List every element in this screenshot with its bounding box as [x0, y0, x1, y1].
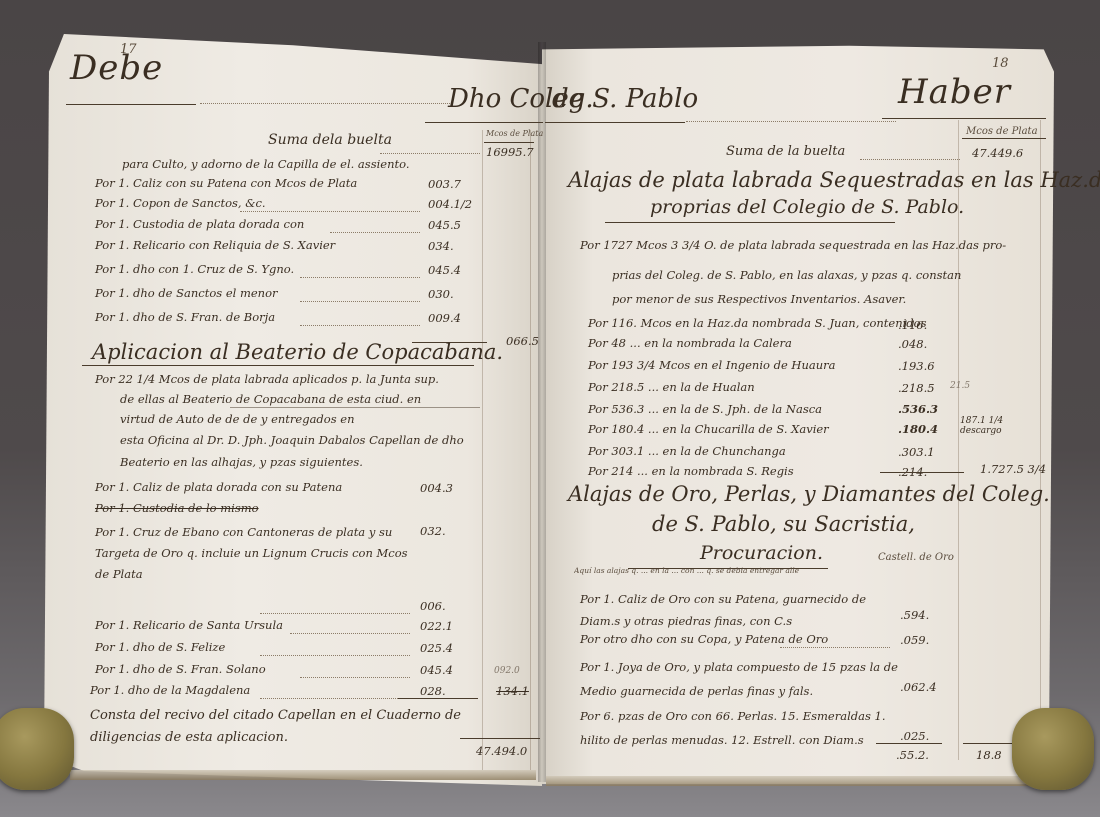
entry-amount: .536.3 [898, 402, 938, 416]
section-subtotal: .55.2. [896, 748, 929, 762]
dotted-leader [300, 276, 420, 278]
entry-text: Por otro dho con su Copa, y Patena de Or… [580, 632, 828, 646]
left-page-edge [70, 770, 536, 780]
subtotal-rule [880, 472, 964, 473]
entry-amount: 028. [420, 684, 446, 698]
entry-text: Por 6. pzas de Oro con 66. Perlas. 15. E… [580, 704, 898, 752]
column-header-rule [484, 142, 534, 143]
entry-amount: .180.4 [898, 422, 938, 436]
intro-note: Aquí las alajas q. ... en la ... con ...… [574, 566, 799, 575]
ledger-spread: 17 Debe Dho Coleg. Mcos de Plata Suma de… [0, 0, 1100, 817]
dotted-leader [260, 697, 410, 699]
entry-amount: .193.6 [898, 359, 935, 373]
section-title: Alajas de Oro, Perlas, y Diamantes del C… [568, 482, 1050, 506]
section-title-underline [605, 222, 895, 223]
carried-total-value: 16995.7 [486, 145, 534, 159]
dotted-leader [380, 152, 480, 154]
entry-amount: 034. [428, 239, 454, 253]
entry-amount: .303.1 [898, 445, 935, 459]
intro-line: Por 22 1/4 Mcos de plata labrada aplicad… [95, 372, 439, 386]
section-title: proprias del Colegio de S. Pablo. [650, 196, 964, 218]
entry-amount: 025.4 [420, 641, 453, 655]
entry-amount: .218.5 [898, 381, 935, 395]
amount-column-rule [1040, 120, 1041, 760]
subtotal-rule [963, 743, 1013, 744]
entry-text: Por 536.3 ... en la de S. Jph. de la Nas… [588, 402, 822, 416]
debe-heading: Debe [70, 48, 163, 88]
entry-amount: 045.5 [428, 218, 461, 232]
side-note: 21.5 [950, 381, 970, 391]
entry-text: Por 1. Caliz de plata dorada con su Pate… [95, 480, 342, 494]
heading-dotted-line [686, 120, 896, 122]
section-title: de S. Pablo, su Sacristia, [652, 512, 915, 536]
subtotal-rule [876, 743, 942, 744]
column-header: Castell. de Oro [878, 552, 954, 563]
heading-underline [66, 104, 196, 105]
entry-amount: 022.1 [420, 619, 453, 633]
section-title: Aplicacion al Beaterio de Copacabana. [92, 340, 503, 364]
column-header-rule [962, 138, 1046, 139]
entry-amount: 032. [420, 524, 446, 538]
entry-text: Por 1. Relicario de Santa Ursula [95, 618, 283, 632]
column-header: Mcos de Plata [486, 129, 543, 138]
heading-underline [882, 118, 1046, 119]
entry-amount: 045.4 [420, 663, 453, 677]
entry-amount: 009.4 [428, 311, 461, 325]
entry-text: Por 1. Joya de Oro, y plata compuesto de… [580, 655, 898, 703]
dotted-leader [300, 324, 420, 326]
column-header: Mcos de Plata [966, 126, 1038, 137]
entry-amount: .048. [898, 337, 927, 351]
page-total-rule [460, 738, 540, 739]
entry-text: Por 1. Caliz de Oro con su Patena, guarn… [580, 588, 898, 632]
heading-dotted-line [200, 102, 450, 104]
amount-column-rule [530, 130, 531, 770]
side-total: 18.8 [976, 748, 1002, 762]
carried-total-label: Suma dela buelta [268, 132, 392, 148]
running-title-right: de S. Pablo [552, 84, 698, 114]
entry-text: Por 180.4 ... en la Chucarilla de S. Xav… [588, 422, 829, 436]
entry-amount: 003.7 [428, 177, 461, 191]
dotted-leader [240, 210, 420, 212]
dotted-leader [290, 632, 410, 634]
haber-heading: Haber [898, 72, 1011, 112]
entry-text: Por 1. Custodia de plata dorada con [95, 217, 304, 231]
entry-text-struck: Por 1. Custodia de lo mismo [95, 501, 259, 515]
amount-column-rule [482, 130, 483, 770]
entry-text: Por 1. dho con 1. Cruz de S. Ygno. [95, 262, 294, 276]
intro-line: por menor de sus Respectivos Inventarios… [612, 292, 906, 306]
page-total: 47.494.0 [476, 744, 527, 758]
intro-line: Beaterio en las alhajas, y pzas siguient… [120, 455, 363, 469]
intro-line: virtud de Auto de de de y entregados en [120, 412, 354, 426]
dotted-leader [260, 654, 410, 656]
entry-amount: 045.4 [428, 263, 461, 277]
page-number: 18 [992, 56, 1009, 71]
entry-text: Por 218.5 ... en la de Hualan [588, 380, 755, 394]
intro-line: de ellas al Beaterio de Copacabana de es… [120, 392, 421, 406]
closing-note: Consta del recivo del citado Capellan en… [90, 708, 461, 723]
section-title: Procuracion. [700, 542, 823, 564]
dotted-leader [780, 646, 890, 648]
brass-page-weight [1012, 708, 1094, 790]
entry-text: Por 1. Cruz de Ebano con Cantoneras de p… [95, 522, 425, 585]
entry-text: Por 1. Relicario con Reliquia de S. Xavi… [95, 238, 335, 252]
carried-total-label: Suma de la buelta [726, 144, 845, 159]
brass-page-weight [0, 708, 74, 790]
section-subtotal: 1.727.5 3/4 [980, 462, 1046, 476]
entry-text: Por 1. dho de S. Fran. de Borja [95, 310, 275, 324]
entry-amount: .062.4 [900, 680, 937, 694]
intro-line: esta Oficina al Dr. D. Jph. Joaquin Daba… [120, 433, 464, 447]
title-underline [545, 122, 685, 123]
section-title-underline [82, 365, 474, 366]
dotted-leader [330, 231, 420, 233]
intro-line: Por 1727 Mcos 3 3/4 O. de plata labrada … [580, 238, 1006, 252]
entry-amount: .059. [900, 633, 929, 647]
book-gutter [538, 42, 546, 782]
entry-amount: 030. [428, 287, 454, 301]
closing-note: diligencias de esta aplicacion. [90, 730, 288, 745]
side-note: 092.0 [494, 666, 520, 676]
section-subtotal: 134.1 [496, 684, 529, 698]
subtotal-rule [398, 698, 478, 699]
entry-text: Por 1. Copon de Sanctos, &c. [95, 196, 266, 210]
entry-text: Por 1. dho de S. Fran. Solano [95, 662, 266, 676]
title-underline [425, 122, 543, 123]
dotted-leader [300, 300, 420, 302]
entry-text: Por 214 ... en la nombrada S. Regis [588, 464, 794, 478]
entry-text: Por 116. Mcos en la Haz.da nombrada S. J… [588, 316, 927, 330]
dotted-leader [260, 612, 410, 614]
carried-total-value: 47.449.6 [972, 146, 1023, 160]
section-title: para Culto, y adorno de la Capilla de el… [122, 157, 409, 171]
side-note: 187.1 1/4 descargo [960, 416, 1040, 436]
section-title: Alajas de plata labrada Sequestradas en … [568, 168, 1100, 192]
entry-text: Por 193 3/4 Mcos en el Ingenio de Huaura [588, 358, 835, 372]
entry-amount: 004.1/2 [428, 197, 472, 211]
dotted-leader [300, 676, 410, 678]
entry-text: Por 48 ... en la nombrada la Calera [588, 336, 792, 350]
entry-amount: 004.3 [420, 481, 453, 495]
section-subtotal: 066.5 [506, 334, 539, 348]
entry-amount: 006. [420, 599, 446, 613]
entry-text: Por 1. dho de Sanctos el menor [95, 286, 278, 300]
entry-text: Por 1. Caliz con su Patena con Mcos de P… [95, 176, 357, 190]
entry-text: Por 1. dho de S. Felize [95, 640, 225, 654]
right-page-edge [546, 776, 1046, 786]
entry-text: Por 303.1 ... en la de Chunchanga [588, 444, 786, 458]
entry-amount: .116. [898, 318, 927, 332]
entry-amount: .594. [900, 608, 929, 622]
intro-line: prias del Coleg. de S. Pablo, en las ala… [612, 268, 961, 282]
intro-underline [230, 407, 480, 408]
dotted-leader [860, 158, 960, 160]
entry-amount: .025. [900, 729, 929, 743]
entry-text: Por 1. dho de la Magdalena [90, 683, 250, 697]
